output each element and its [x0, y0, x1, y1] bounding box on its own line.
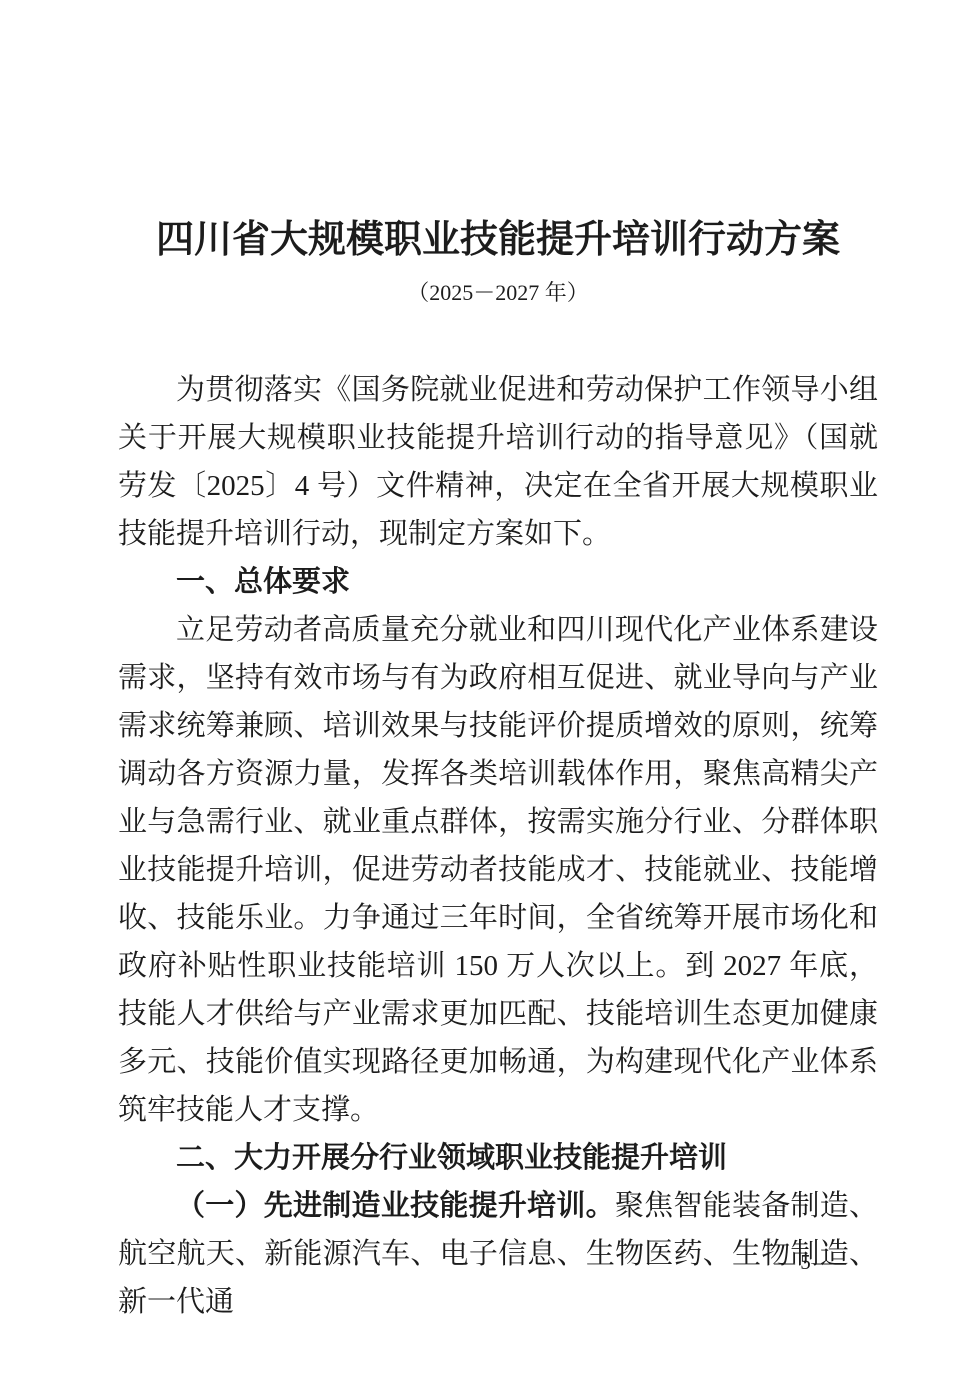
document-title: 四川省大规模职业技能提升培训行动方案: [118, 216, 878, 264]
document-content: 四川省大规模职业技能提升培训行动方案 （2025－2027 年） 为贯彻落实《国…: [118, 0, 878, 1326]
paragraph-lead: （一）先进制造业技能提升培训。: [176, 1190, 615, 1222]
page-number: — 5 —: [774, 1248, 837, 1276]
section-heading: 一、总体要求: [118, 558, 878, 606]
paragraph: 立足劳动者高质量充分就业和四川现代化产业体系建设需求，坚持有效市场与有为政府相互…: [118, 606, 878, 1134]
document-page: 四川省大规模职业技能提升培训行动方案 （2025－2027 年） 为贯彻落实《国…: [0, 0, 974, 1385]
section-heading: 二、大力开展分行业领域职业技能提升培训: [118, 1134, 878, 1182]
document-body: 为贯彻落实《国务院就业促进和劳动保护工作领导小组关于开展大规模职业技能提升培训行…: [118, 366, 878, 1326]
paragraph: 为贯彻落实《国务院就业促进和劳动保护工作领导小组关于开展大规模职业技能提升培训行…: [118, 366, 878, 558]
paragraph: （一）先进制造业技能提升培训。聚焦智能装备制造、航空航天、新能源汽车、电子信息、…: [118, 1182, 878, 1326]
document-subtitle: （2025－2027 年）: [118, 275, 878, 311]
